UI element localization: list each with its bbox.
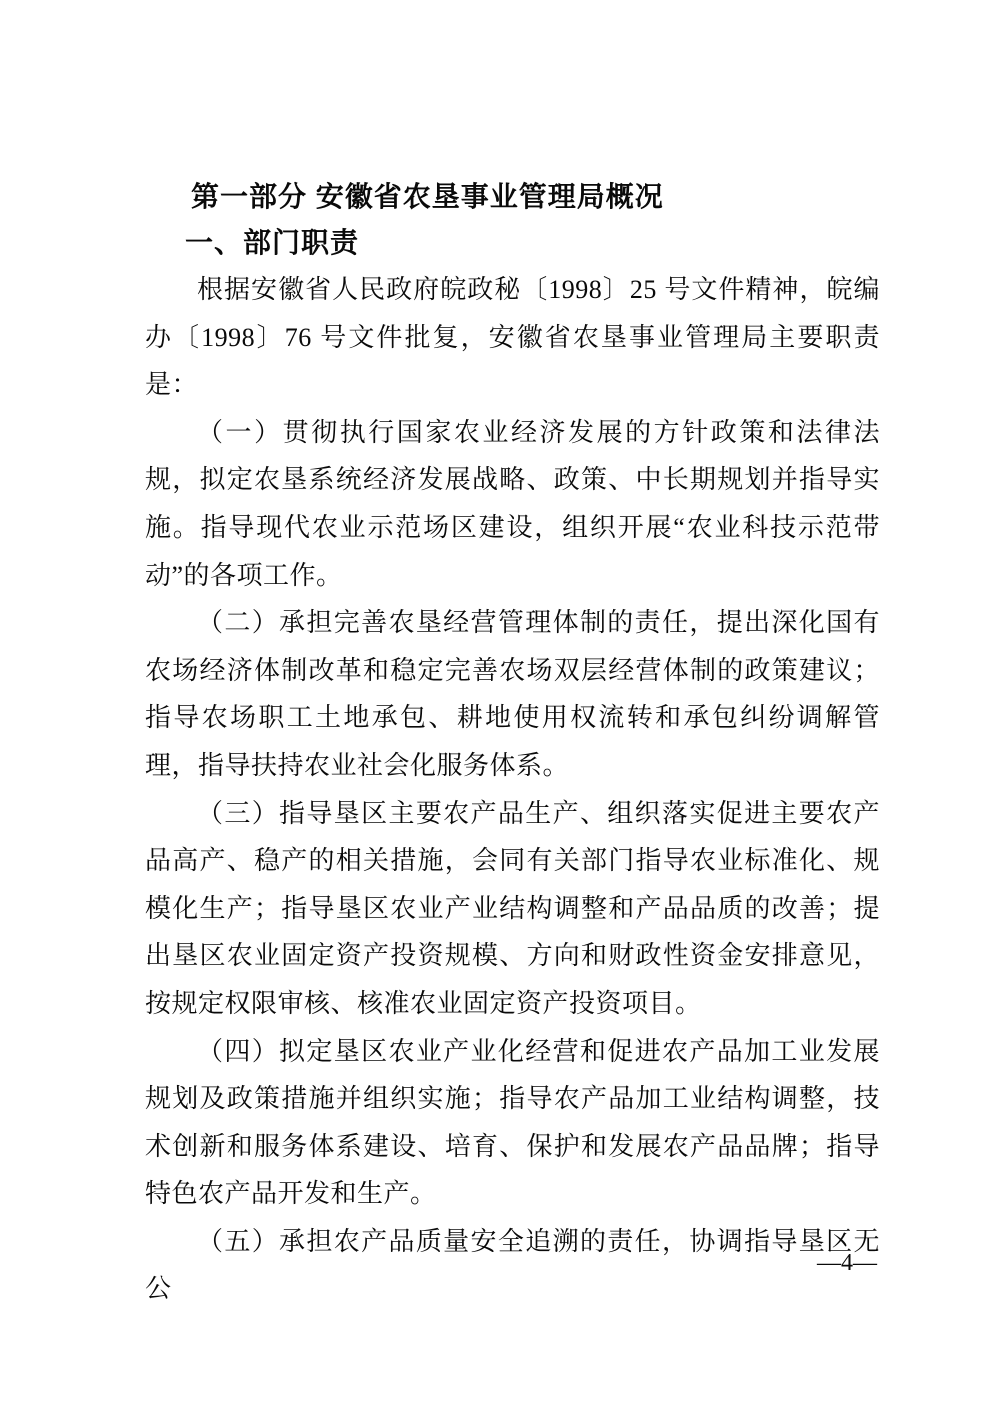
paragraph-item-2: （二）承担完善农垦经营管理体制的责任，提出深化国有农场经济体制改革和稳定完善农场…: [145, 599, 880, 789]
paragraph-intro: 根据安徽省人民政府皖政秘〔1998〕25 号文件精神，皖编办〔1998〕76 号…: [145, 266, 880, 409]
section-heading: 一、部门职责: [145, 220, 880, 266]
page-number: —4—: [817, 1248, 877, 1278]
paragraph-item-4: （四）拟定垦区农业产业化经营和促进农产品加工业发展规划及政策措施并组织实施；指导…: [145, 1028, 880, 1218]
page-content: 第一部分 安徽省农垦事业管理局概况 一、部门职责 根据安徽省人民政府皖政秘〔19…: [0, 0, 1000, 1313]
body-text: 根据安徽省人民政府皖政秘〔1998〕25 号文件精神，皖编办〔1998〕76 号…: [145, 266, 880, 1313]
document-page: 第一部分 安徽省农垦事业管理局概况 一、部门职责 根据安徽省人民政府皖政秘〔19…: [0, 0, 1000, 1414]
part-title: 第一部分 安徽省农垦事业管理局概况: [145, 174, 880, 220]
paragraph-item-1: （一）贯彻执行国家农业经济发展的方针政策和法律法规，拟定农垦系统经济发展战略、政…: [145, 409, 880, 599]
paragraph-item-5: （五）承担农产品质量安全追溯的责任，协调指导垦区无公: [145, 1218, 880, 1313]
paragraph-item-3: （三）指导垦区主要农产品生产、组织落实促进主要农产品高产、稳产的相关措施，会同有…: [145, 790, 880, 1028]
